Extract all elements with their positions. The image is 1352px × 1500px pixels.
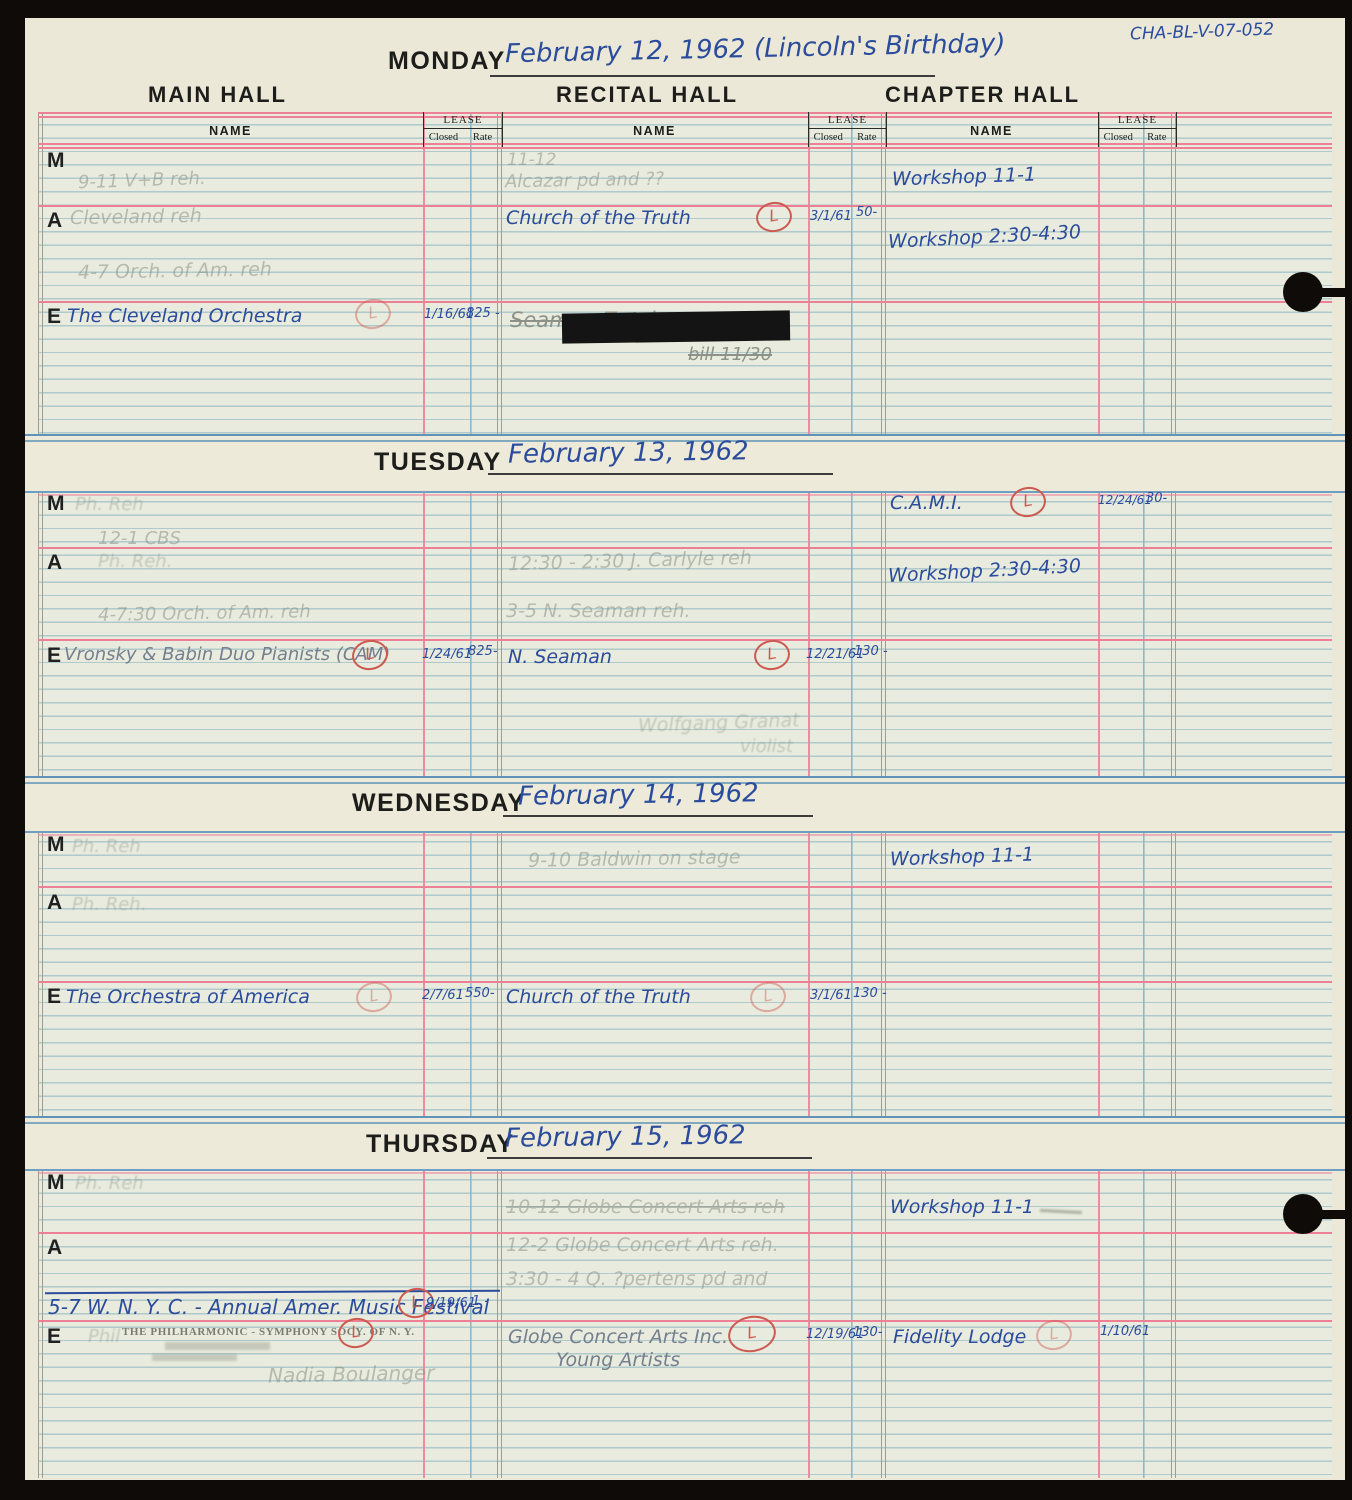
entry-pencil: Ph. Reh <box>75 1173 144 1194</box>
lease-rate: 130 - <box>854 644 888 659</box>
rate-label: Rate <box>1138 129 1177 147</box>
entry-pencil: 9-11 V+B reh. <box>78 168 206 193</box>
lease-closed-date: 1/24/61 <box>422 647 472 662</box>
lease-header-recital: LEASE ClosedRate <box>808 112 887 147</box>
lease-label: LEASE <box>809 112 886 129</box>
date-underline <box>490 75 935 77</box>
day-title-thursday: THURSDAY <box>366 1130 515 1159</box>
header-line <box>38 147 1332 149</box>
lease-rate: 1 - <box>472 1294 489 1309</box>
lease-rate: 130- <box>853 1325 883 1340</box>
row-separator <box>38 1172 1332 1174</box>
stamp-smudge <box>165 1342 270 1350</box>
entry-morning-name: C.A.M.I. <box>890 492 963 514</box>
hall-title-main: MAIN HALL <box>148 82 287 108</box>
lease-label: LEASE <box>1099 112 1176 129</box>
row-label-morning: M <box>47 492 65 516</box>
hole-punch-stem <box>1318 288 1352 297</box>
hole-punch <box>1283 1194 1323 1234</box>
row-separator <box>38 301 1332 303</box>
row-label-afternoon: A <box>47 1236 62 1260</box>
hall-title-chapter: CHAPTER HALL <box>885 82 1080 108</box>
wednesday-table <box>38 829 1332 1116</box>
row-label-evening: E <box>47 985 61 1009</box>
row-label-afternoon: A <box>47 891 62 915</box>
hole-punch <box>1283 272 1323 312</box>
row-separator <box>38 1320 1332 1322</box>
row-separator <box>38 981 1332 983</box>
entry-pencil: Cleveland reh <box>70 205 202 229</box>
closed-label: Closed <box>809 129 848 147</box>
day-title-tuesday: TUESDAY <box>374 448 502 477</box>
entry-pencil: 9-10 Baldwin on stage <box>528 846 741 872</box>
date-underline <box>488 473 833 475</box>
lease-rate: 50- <box>856 205 877 220</box>
lease-rate: 130 - <box>853 986 887 1001</box>
entry-evening-name: Fidelity Lodge <box>893 1326 1026 1348</box>
date-underline <box>503 815 813 817</box>
hall-title-recital: RECITAL HALL <box>556 82 738 108</box>
col-header-name-main: NAME <box>38 124 423 138</box>
lease-closed-date: 9/19/61 <box>426 1296 476 1311</box>
row-label-evening: E <box>47 644 61 668</box>
lease-closed-date: 12/24/61 <box>1098 493 1152 507</box>
day-date-thursday: February 15, 1962 <box>505 1120 746 1153</box>
entry-evening-name: Globe Concert Arts Inc. <box>508 1326 728 1348</box>
entry-evening-name: The Cleveland Orchestra <box>67 305 302 327</box>
closed-label: Closed <box>424 129 463 147</box>
entry-pencil: Ph. Reh <box>75 494 144 515</box>
entry-morning: Workshop 11-1 <box>890 1196 1034 1218</box>
row-label-afternoon: A <box>47 551 62 575</box>
entry-afternoon-name: Church of the Truth <box>506 207 691 229</box>
entry-evening-name: N. Seaman <box>508 646 612 668</box>
entry-evening-name: The Orchestra of America <box>66 986 310 1008</box>
row-label-afternoon: A <box>47 209 62 233</box>
entry-pencil: 3-5 N. Seaman reh. <box>506 600 691 622</box>
lease-label: LEASE <box>424 112 502 129</box>
entry-pencil: Ph. Reh. <box>72 894 146 915</box>
row-label-morning: M <box>47 833 65 857</box>
lease-header-main: LEASE ClosedRate <box>423 112 503 147</box>
redaction-box <box>562 310 790 343</box>
hole-punch-stem <box>1318 1210 1352 1219</box>
col-header-name-recital: NAME <box>501 124 808 138</box>
entry-struck-note: bill 11/30 <box>688 344 772 365</box>
entry-pencil: 12-1 CBS <box>98 528 181 549</box>
entry-pencil: 12-2 Globe Concert Arts reh. <box>506 1234 779 1256</box>
date-underline <box>487 1157 812 1159</box>
row-separator <box>38 639 1332 641</box>
day-date-wednesday: February 14, 1962 <box>518 778 759 811</box>
row-label-evening: E <box>47 1325 61 1349</box>
day-title-monday: MONDAY <box>388 47 506 76</box>
stamp-smudge <box>152 1354 237 1361</box>
entry-pencil: 11-12 <box>507 150 556 170</box>
entry-pencil: 3:30 - 4 Q. ?pertens pd and <box>506 1268 767 1290</box>
lease-closed-date: 3/1/61 <box>810 209 852 224</box>
lease-header-chapter: LEASE ClosedRate <box>1098 112 1177 147</box>
day-title-wednesday: WEDNESDAY <box>352 789 526 818</box>
lease-closed-date: 1/10/61 <box>1100 1324 1150 1339</box>
row-label-evening: E <box>47 305 61 329</box>
entry-pencil: Ph. Reh. <box>98 551 172 572</box>
pencil-note: Nadia Boulanger <box>268 1361 435 1388</box>
rate-label: Rate <box>463 129 502 147</box>
lease-closed-date: 3/1/61 <box>810 988 852 1003</box>
entry-evening-name2: Young Artists <box>556 1349 680 1371</box>
entry-pencil: Alcazar pd and ?? <box>505 169 664 193</box>
day-date-tuesday: February 13, 1962 <box>508 436 749 469</box>
entry-pencil: Ph. Reh <box>72 836 141 857</box>
rate-label: Rate <box>848 129 887 147</box>
closed-label: Closed <box>1099 129 1138 147</box>
pencil-note: violist <box>740 736 793 757</box>
lease-rate: 30- <box>1146 491 1167 506</box>
entry-pencil: 4-7 Orch. of Am. reh <box>78 258 272 283</box>
pencil-scribble: Phil <box>88 1326 120 1347</box>
entry-evening-name: Vronsky & Babin Duo Pianists (CAM) <box>64 644 390 665</box>
entry-pencil: 4-7:30 Orch. of Am. reh <box>98 601 311 626</box>
lease-rate: 825- <box>468 644 498 659</box>
row-label-morning: M <box>47 149 65 173</box>
lease-rate: 550- <box>465 986 495 1001</box>
lease-closed-date: 2/7/61 <box>422 988 464 1003</box>
lease-rate: 825 - <box>466 306 500 321</box>
booking-ledger-scan: CHA-BL-V-07-052 MONDAY February 12, 1962… <box>0 0 1352 1500</box>
entry-evening-name: Church of the Truth <box>506 986 691 1008</box>
entry-struck: 10-12 Globe Concert Arts reh <box>506 1196 785 1218</box>
row-separator <box>38 834 1332 836</box>
row-label-morning: M <box>47 1171 65 1195</box>
col-header-name-chapter: NAME <box>885 124 1098 138</box>
row-separator <box>38 886 1332 888</box>
